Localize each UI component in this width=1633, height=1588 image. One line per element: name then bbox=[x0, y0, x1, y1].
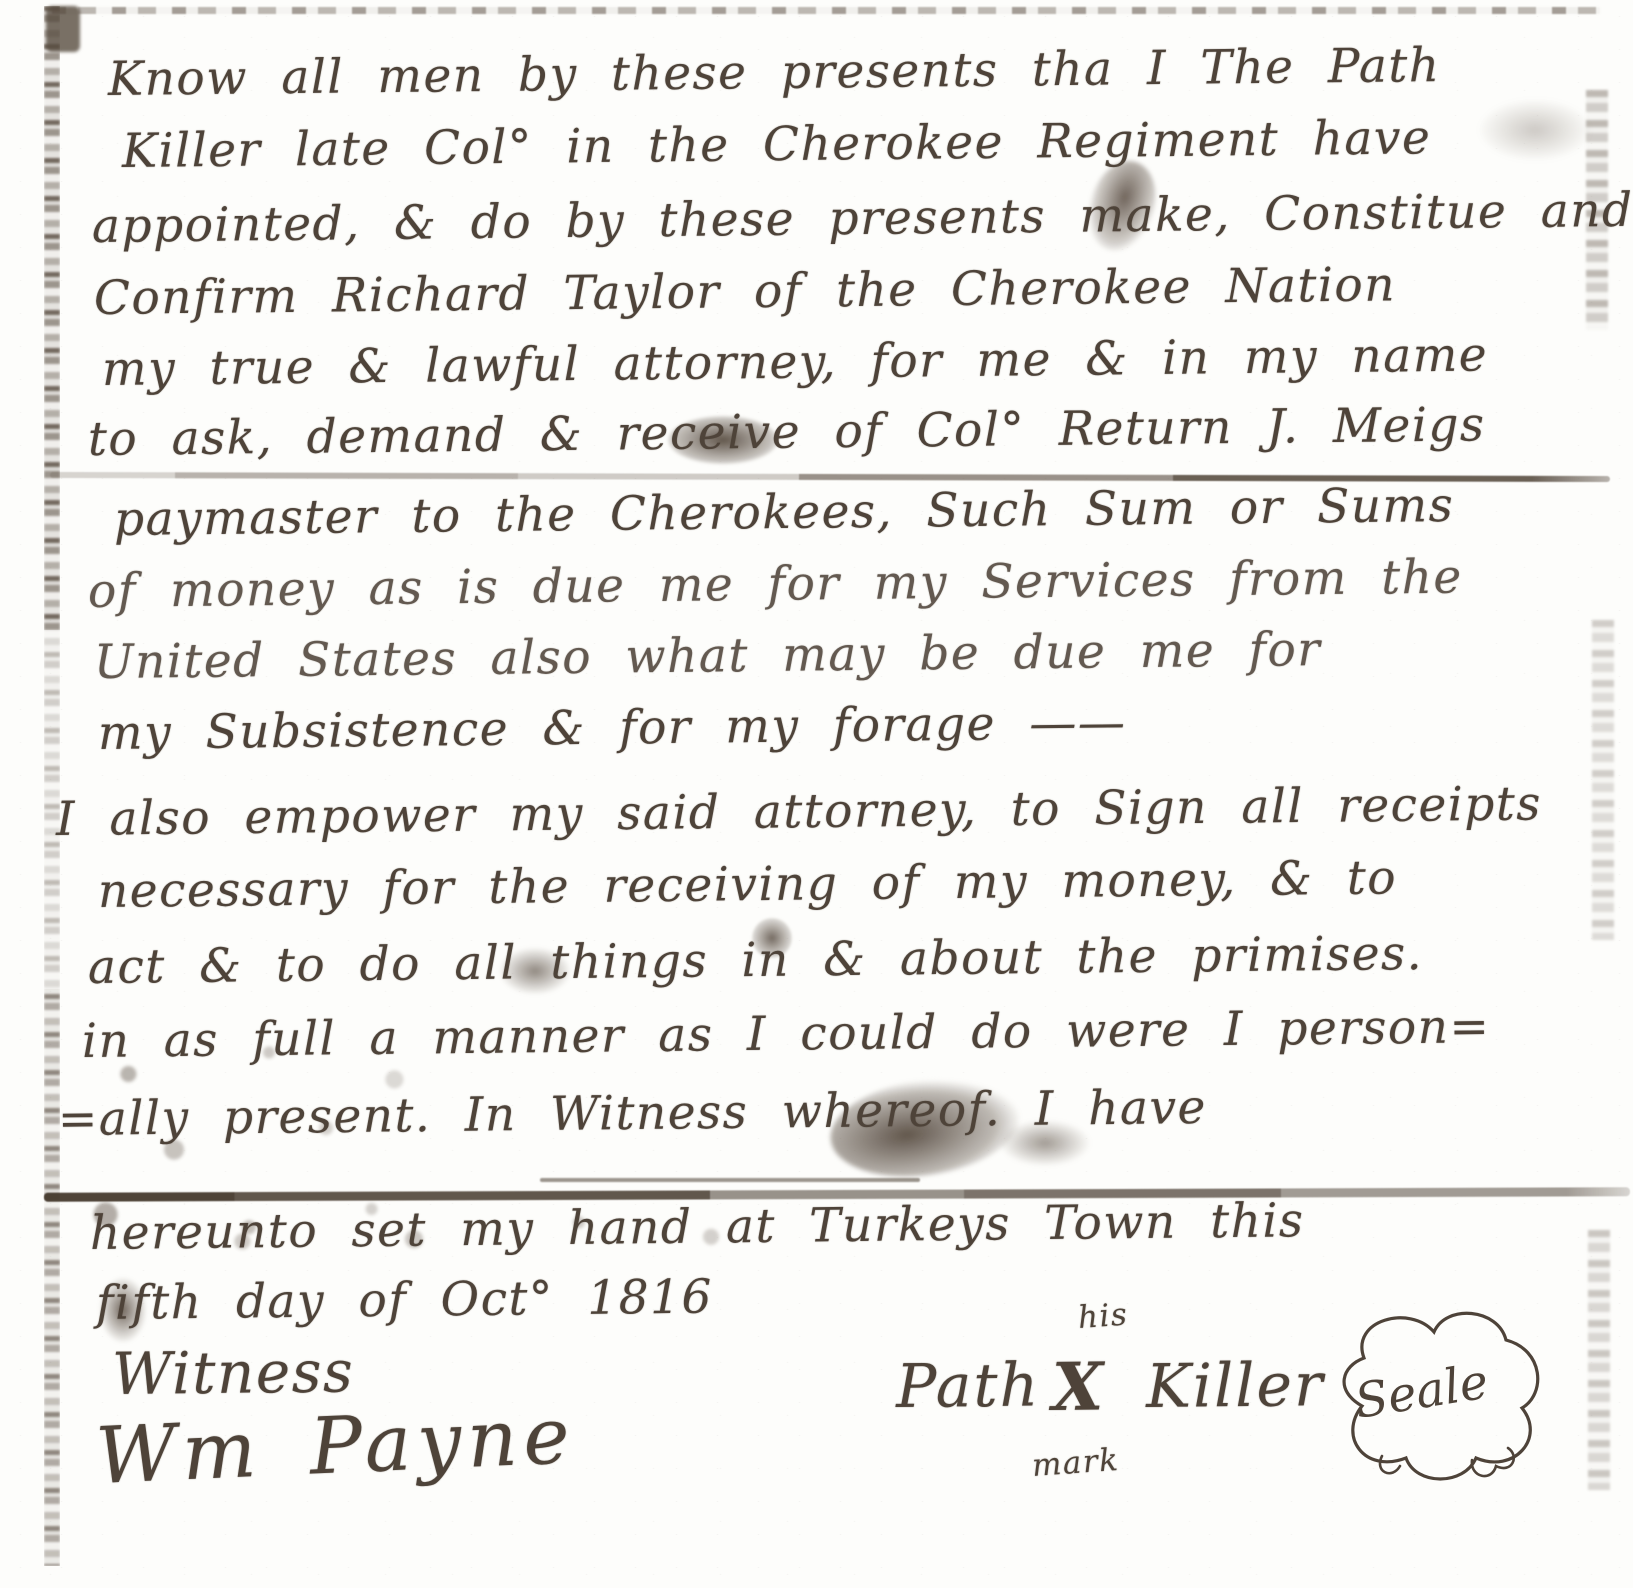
manuscript-line: hereunto set my hand at Turkeys Town thi… bbox=[90, 1193, 1305, 1261]
manuscript-line: in as full a manner as I could do were I… bbox=[82, 999, 1491, 1069]
manuscript-line: my true & lawful attorney, for me & in m… bbox=[102, 327, 1489, 397]
witness-label: Witness bbox=[112, 1337, 355, 1408]
top-scan-edge bbox=[52, 7, 1600, 14]
manuscript-line: fifth day of Oct° 1816 bbox=[96, 1270, 713, 1331]
signature-first-name: Path bbox=[896, 1350, 1041, 1422]
manuscript-line: to ask, demand & receive of Col° Return … bbox=[88, 397, 1486, 467]
witness-signature: Wm Payne bbox=[94, 1391, 577, 1502]
manuscript-line: I also empower my said attorney, to Sign… bbox=[56, 776, 1542, 847]
fold-crease-lower-secondary bbox=[540, 1178, 920, 1182]
manuscript-line: Confirm Richard Taylor of the Cherokee N… bbox=[94, 257, 1397, 326]
manuscript-line: paymaster to the Cherokees, Such Sum or … bbox=[114, 478, 1455, 547]
signature-his-label: his bbox=[1077, 1297, 1130, 1336]
signature-mark-label: mark bbox=[1031, 1442, 1121, 1484]
signature-last-name: Killer bbox=[1146, 1350, 1325, 1422]
seal-text: Seale bbox=[1351, 1354, 1492, 1430]
manuscript-line: necessary for the receiving of my money,… bbox=[98, 850, 1398, 919]
manuscript-line: United States also what may be due me fo… bbox=[94, 622, 1322, 690]
right-scan-edge bbox=[1588, 1230, 1610, 1490]
manuscript-line: Know all men by these presents tha I The… bbox=[108, 38, 1441, 107]
signature-x-mark: X bbox=[1052, 1347, 1106, 1426]
stain-speckles bbox=[1480, 100, 1590, 160]
right-scan-edge bbox=[1592, 620, 1614, 940]
manuscript-line: of money as is due me for my Services fr… bbox=[88, 550, 1463, 619]
manuscript-line: Killer late Col° in the Cherokee Regimen… bbox=[122, 110, 1432, 179]
manuscript-line: my Subsistence & for my forage —— bbox=[98, 695, 1127, 761]
document-page: Know all men by these presents tha I The… bbox=[0, 0, 1633, 1588]
manuscript-line: act & to do all things in & about the pr… bbox=[88, 926, 1424, 995]
manuscript-line: appointed, & do by these presents make, … bbox=[92, 183, 1633, 254]
seal-flourish: Seale bbox=[1322, 1296, 1552, 1496]
left-scan-edge bbox=[44, 6, 60, 1566]
